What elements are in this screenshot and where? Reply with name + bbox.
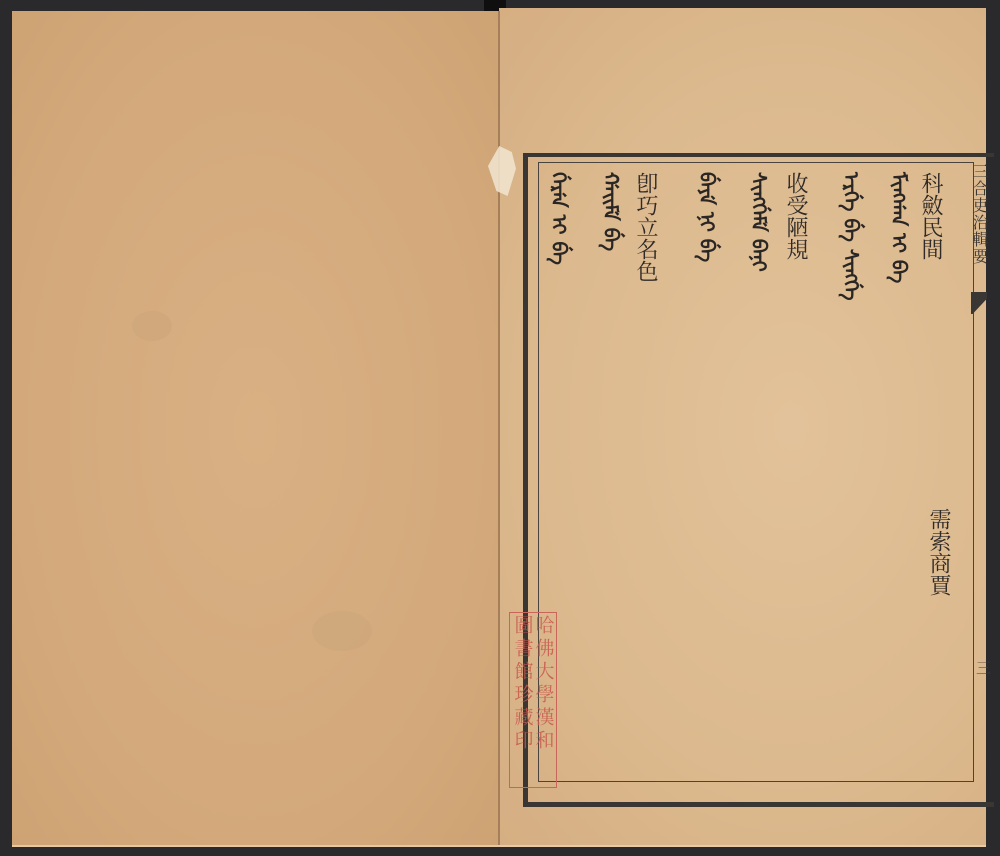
manchu-column: ᡝᡵᡤᡝ ᠪᡝ ᠰᡳᠩᡤᡝ	[840, 172, 862, 772]
manchu-column: ᠮᡳᠩᡤᠠᠨ ᡳ ᠪᠠ	[888, 172, 910, 772]
paper-stain	[132, 311, 172, 341]
manchu-column: ᠰᡳᠩᡤᡝᠮᡝ ᠪᠠᠨᡳ	[748, 172, 770, 772]
paper-stain	[312, 611, 372, 651]
margin-page-number: 三	[973, 660, 994, 675]
chinese-column: 卽巧立名色	[633, 172, 657, 282]
chinese-column: 收受陋規	[783, 172, 807, 260]
seal-column: 圖書館珍藏印	[513, 615, 533, 785]
manchu-column: ᡤᠠᡳᠮᡝ ᠪᡝ	[600, 172, 622, 772]
library-seal: 哈佛大學漢和 圖書館珍藏印	[509, 612, 557, 788]
manchu-column: ᠪᡝᠶᡝ ᠨᡳ ᠪᡝ	[696, 172, 718, 772]
left-page	[12, 11, 499, 847]
book-gutter	[498, 11, 500, 845]
seal-column: 哈佛大學漢和	[534, 615, 554, 785]
chinese-column: 需索商賈	[926, 508, 950, 596]
margin-book-title: 三合吏治輯要	[970, 163, 988, 265]
chinese-column: 科斂民間	[918, 172, 942, 260]
